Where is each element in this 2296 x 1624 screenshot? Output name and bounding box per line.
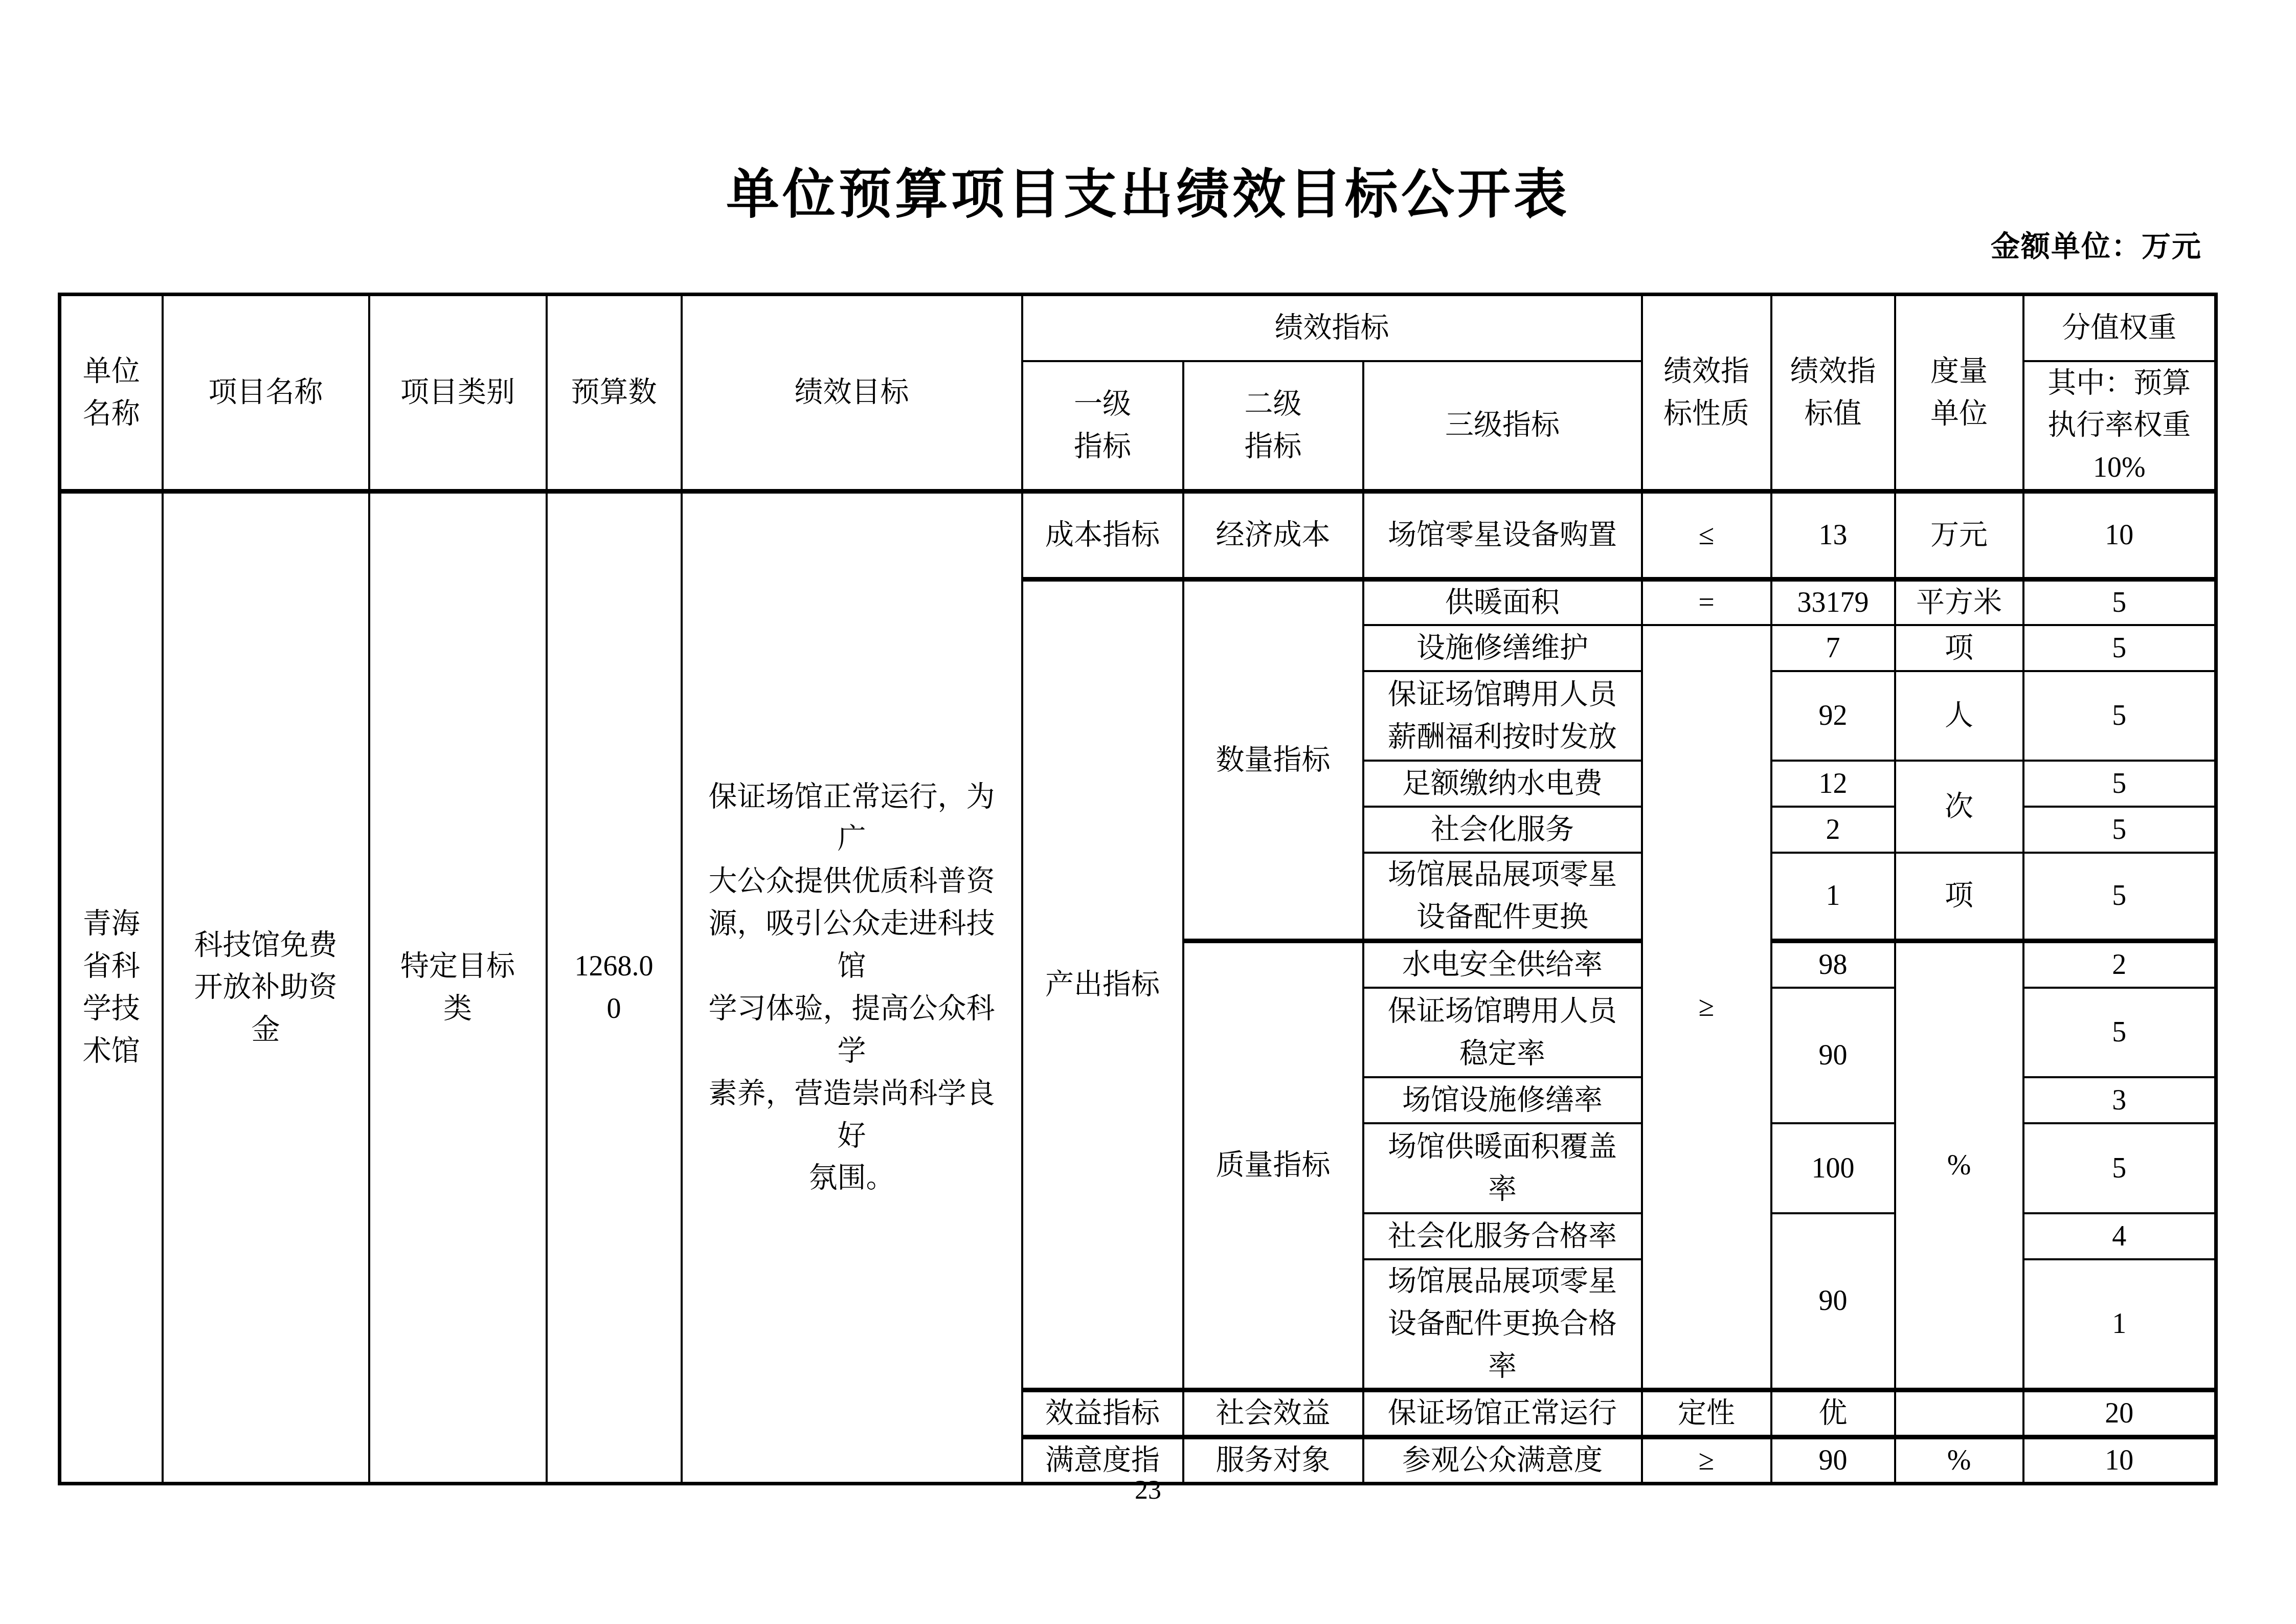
cell-unit: 万元 <box>1895 492 2023 580</box>
cell-weight: 5 <box>2023 580 2216 625</box>
cell-unit: 平方米 <box>1895 580 2023 625</box>
header-performance-goal: 绩效目标 <box>682 295 1022 492</box>
document-page: 单位预算项目支出绩效目标公开表 金额单位：万元 单位 名称 项目名称 项目类别 … <box>0 0 2296 1624</box>
cell-performance-goal: 保证场馆正常运行，为广 大公众提供优质科普资 源，吸引公众走进科技馆 学习体验，… <box>682 492 1022 1484</box>
cell-unit <box>1895 1390 2023 1437</box>
cell-level3: 场馆零星设备购置 <box>1363 492 1642 580</box>
cell-weight: 4 <box>2023 1213 2216 1259</box>
cell-value: 优 <box>1771 1390 1895 1437</box>
cell-value: 90 <box>1771 1213 1895 1390</box>
header-project-name: 项目名称 <box>163 295 369 492</box>
cell-weight: 5 <box>2023 625 2216 671</box>
cell-level3: 保证场馆聘用人员 稳定率 <box>1363 988 1642 1077</box>
cell-weight: 5 <box>2023 1123 2216 1213</box>
cell-weight: 3 <box>2023 1077 2216 1123</box>
cell-weight: 5 <box>2023 988 2216 1077</box>
cell-unit: 项 <box>1895 625 2023 671</box>
header-score-weight-sub: 其中：预算 执行率权重 10% <box>2023 361 2216 492</box>
cell-value: 2 <box>1771 807 1895 853</box>
cell-level3: 社会化服务 <box>1363 807 1642 853</box>
cell-level3: 足额缴纳水电费 <box>1363 761 1642 807</box>
cell-weight: 5 <box>2023 807 2216 853</box>
cell-level3: 场馆展品展项零星 设备配件更换合格 率 <box>1363 1259 1642 1390</box>
cell-level2: 经济成本 <box>1183 492 1363 580</box>
performance-target-table: 单位 名称 项目名称 项目类别 预算数 绩效目标 绩效指标 绩效指 标性质 绩效… <box>58 293 2218 1485</box>
cell-level2: 数量指标 <box>1183 580 1363 941</box>
page-title: 单位预算项目支出绩效目标公开表 <box>0 151 2296 228</box>
cell-value: 1 <box>1771 853 1895 941</box>
cell-level3: 供暖面积 <box>1363 580 1642 625</box>
cell-weight: 5 <box>2023 761 2216 807</box>
header-indicator-value: 绩效指 标值 <box>1771 295 1895 492</box>
cell-weight: 10 <box>2023 492 2216 580</box>
cell-unit: 次 <box>1895 761 2023 853</box>
cell-level3: 场馆设施修缮率 <box>1363 1077 1642 1123</box>
cell-value: 98 <box>1771 941 1895 988</box>
cell-project-name: 科技馆免费 开放补助资 金 <box>163 492 369 1484</box>
amount-unit-note: 金额单位：万元 <box>1991 223 2202 265</box>
cell-value: 92 <box>1771 671 1895 761</box>
cell-level3: 场馆展品展项零星 设备配件更换 <box>1363 853 1642 941</box>
cell-weight: 1 <box>2023 1259 2216 1390</box>
cell-nature: ≥ <box>1642 625 1771 1390</box>
cell-value: 7 <box>1771 625 1895 671</box>
header-row-1: 单位 名称 项目名称 项目类别 预算数 绩效目标 绩效指标 绩效指 标性质 绩效… <box>60 295 2216 361</box>
header-level3-indicator: 三级指标 <box>1363 361 1642 492</box>
header-indicator-nature: 绩效指 标性质 <box>1642 295 1771 492</box>
cell-level1: 效益指标 <box>1022 1390 1183 1437</box>
cell-level3: 设施修缮维护 <box>1363 625 1642 671</box>
cell-level3: 保证场馆正常运行 <box>1363 1390 1642 1437</box>
cell-level1: 成本指标 <box>1022 492 1183 580</box>
header-measure-unit: 度量 单位 <box>1895 295 2023 492</box>
cell-budget-amount: 1268.0 0 <box>547 492 682 1484</box>
cell-weight: 5 <box>2023 853 2216 941</box>
cell-unit: 人 <box>1895 671 2023 761</box>
header-project-category: 项目类别 <box>369 295 547 492</box>
cell-unit: 项 <box>1895 853 2023 941</box>
page-number: 23 <box>0 1475 2296 1505</box>
cell-nature: = <box>1642 580 1771 625</box>
header-budget-amount: 预算数 <box>547 295 682 492</box>
header-score-weight: 分值权重 <box>2023 295 2216 361</box>
cell-level2: 质量指标 <box>1183 941 1363 1390</box>
header-unit-name: 单位 名称 <box>60 295 163 492</box>
cell-weight: 5 <box>2023 671 2216 761</box>
cell-level3: 场馆供暖面积覆盖 率 <box>1363 1123 1642 1213</box>
cell-value: 90 <box>1771 988 1895 1123</box>
cell-weight: 20 <box>2023 1390 2216 1437</box>
cell-level3: 保证场馆聘用人员 薪酬福利按时发放 <box>1363 671 1642 761</box>
cell-nature: ≤ <box>1642 492 1771 580</box>
cell-project-category: 特定目标 类 <box>369 492 547 1484</box>
cell-value: 100 <box>1771 1123 1895 1213</box>
header-level2-indicator: 二级 指标 <box>1183 361 1363 492</box>
cell-weight: 2 <box>2023 941 2216 988</box>
cell-unit-name: 青海 省科 学技 术馆 <box>60 492 163 1484</box>
cell-level3: 水电安全供给率 <box>1363 941 1642 988</box>
cell-value: 13 <box>1771 492 1895 580</box>
cell-level2: 社会效益 <box>1183 1390 1363 1437</box>
cell-level3: 社会化服务合格率 <box>1363 1213 1642 1259</box>
table-row: 青海 省科 学技 术馆 科技馆免费 开放补助资 金 特定目标 类 1268.0 … <box>60 492 2216 580</box>
cell-unit: % <box>1895 941 2023 1390</box>
cell-value: 33179 <box>1771 580 1895 625</box>
cell-value: 12 <box>1771 761 1895 807</box>
header-performance-indicators: 绩效指标 <box>1022 295 1642 361</box>
cell-level1: 产出指标 <box>1022 580 1183 1390</box>
header-level1-indicator: 一级 指标 <box>1022 361 1183 492</box>
cell-nature: 定性 <box>1642 1390 1771 1437</box>
